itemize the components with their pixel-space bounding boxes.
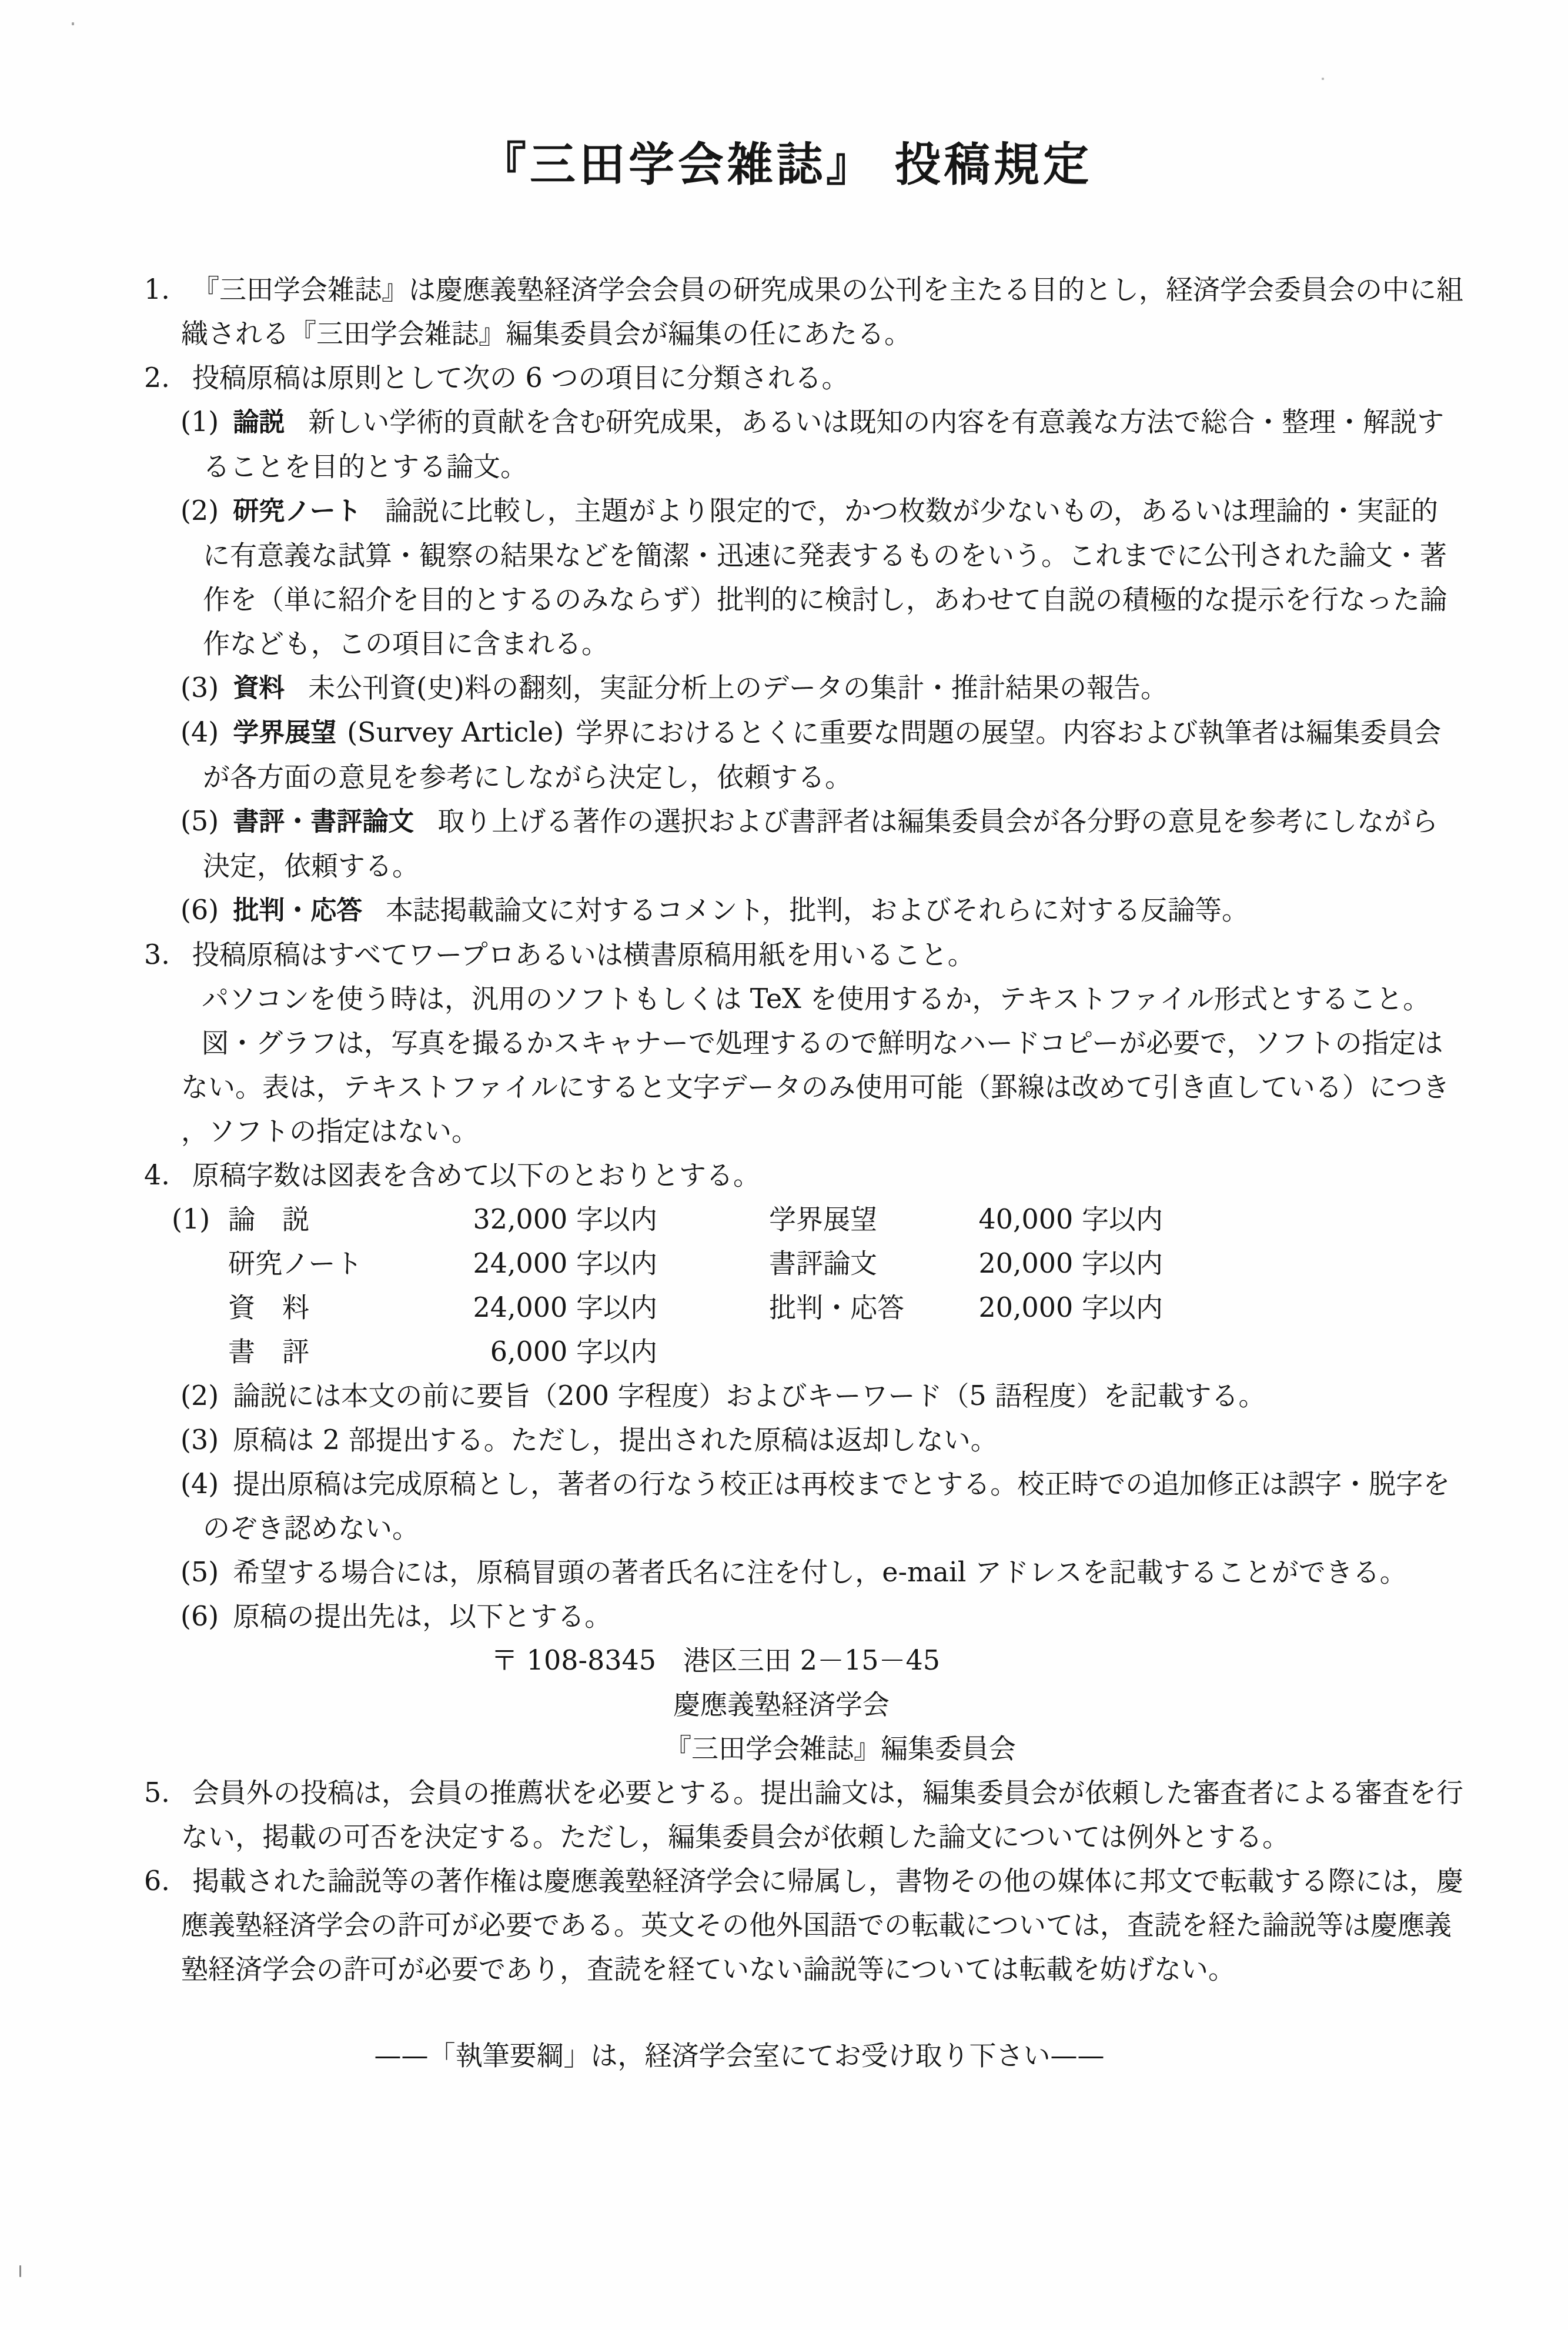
scan-speck bbox=[72, 22, 74, 25]
cell-category: 資 料 bbox=[228, 1286, 381, 1330]
item-6-text: 掲載された論説等の著作権は慶應義塾経済学会に帰属し，書物その他の媒体に邦文で転載… bbox=[181, 1865, 1463, 1985]
cell-category: 書 評 bbox=[228, 1330, 381, 1374]
item-2-sub-5: (5)書評・書評論文取り上げる著作の選択および書評者は編集委員会が各分野の意見を… bbox=[180, 799, 1464, 888]
sub-label: 論説 bbox=[233, 408, 285, 438]
item-3-paragraph-2: 図・グラフは，写真を撮るかスキャナーで処理するので鮮明なハードコピーが必要で，ソ… bbox=[144, 1021, 1464, 1153]
item-4-sub-5: (5)希望する場合には，原稿冒頭の著者氏名に注を付し，e-mail アドレスを記… bbox=[180, 1550, 1464, 1594]
manuscript-limits-table: (1) 論 説 32,000 字以内 学界展望 40,000 字以内 研究ノート… bbox=[228, 1197, 1464, 1374]
cell-category bbox=[657, 1330, 904, 1374]
sub-text: 論説に比較し，主題がより限定的で，かつ枚数が少ないもの，あるいは理論的・実証的に… bbox=[203, 495, 1447, 659]
sub-number: (5) bbox=[180, 1556, 219, 1588]
item-2-text: 投稿原稿は原則として次の 6 つの項目に分類される。 bbox=[192, 362, 849, 393]
item-1-number: 1. bbox=[144, 273, 170, 305]
cell-limit bbox=[904, 1330, 1163, 1374]
item-1-text: 『三田学会雑誌』は慶應義塾経済学会会員の研究成果の公刊を主たる目的とし，経済学会… bbox=[181, 273, 1463, 349]
sub-number: (6) bbox=[180, 894, 219, 926]
sub-label: 資料 bbox=[233, 673, 285, 703]
address-line-committee: 『三田学会雑誌』編集委員会 bbox=[664, 1727, 1464, 1771]
item-5-text: 会員外の投稿は，会員の推薦状を必要とする。提出論文は，編集委員会が依頼した審査者… bbox=[181, 1777, 1463, 1852]
item-4-sub-6: (6)原稿の提出先は，以下とする。 bbox=[180, 1594, 1464, 1638]
item-2: 2.投稿原稿は原則として次の 6 つの項目に分類される。 bbox=[144, 356, 1464, 400]
sub-number: (2) bbox=[180, 1380, 219, 1411]
item-6-number: 6. bbox=[144, 1865, 170, 1897]
sub-number: (4) bbox=[180, 716, 219, 748]
item-5-number: 5. bbox=[144, 1777, 170, 1808]
item-4-text: 原稿字数は図表を含めて以下のとおりとする。 bbox=[192, 1159, 760, 1191]
sub-text: 提出原稿は完成原稿とし，著者の行なう校正は再校までとする。校正時での追加修正は誤… bbox=[203, 1468, 1450, 1544]
sub-number: (6) bbox=[180, 1600, 219, 1632]
limits-grid: 論 説 32,000 字以内 学界展望 40,000 字以内 研究ノート 24,… bbox=[228, 1197, 1464, 1374]
cell-category: 論 説 bbox=[228, 1197, 381, 1241]
item-4: 4.原稿字数は図表を含めて以下のとおりとする。 bbox=[144, 1153, 1464, 1197]
item-2-sub-3: (3)資料未公刊資(史)料の翻刻，実証分析上のデータの集計・推計結果の報告。 bbox=[180, 666, 1464, 710]
sub-number: (2) bbox=[180, 495, 219, 526]
cell-limit: 24,000 字以内 bbox=[381, 1241, 657, 1286]
cell-category: 研究ノート bbox=[228, 1241, 381, 1286]
sub-text: 未公刊資(史)料の翻刻，実証分析上のデータの集計・推計結果の報告。 bbox=[308, 672, 1168, 703]
footer-note: ——「執筆要綱」は，経済学会室にてお受け取り下さい—— bbox=[79, 2034, 1399, 2078]
sub-number: (5) bbox=[180, 805, 219, 837]
item-4-sub-2: (2)論説には本文の前に要旨（200 字程度）およびキーワード（5 語程度）を記… bbox=[180, 1374, 1464, 1418]
sub-text: 原稿は 2 部提出する。ただし，提出された原稿は返却しない。 bbox=[233, 1424, 998, 1456]
cell-category: 書評論文 bbox=[657, 1241, 904, 1286]
item-2-sub-2: (2)研究ノート論説に比較し，主題がより限定的で，かつ枚数が少ないもの，あるいは… bbox=[180, 489, 1464, 666]
item-2-sub-6: (6)批判・応答本誌掲載論文に対するコメント，批判，およびそれらに対する反論等。 bbox=[180, 888, 1464, 933]
sub-text: 本誌掲載論文に対するコメント，批判，およびそれらに対する反論等。 bbox=[386, 894, 1249, 926]
sub-number: (1) bbox=[172, 1197, 210, 1241]
item-6: 6.掲載された論説等の著作権は慶應義塾経済学会に帰属し，書物その他の媒体に邦文で… bbox=[144, 1859, 1464, 1991]
sub-number: (3) bbox=[180, 672, 219, 703]
cell-category: 学界展望 bbox=[657, 1197, 904, 1241]
item-3: 3.投稿原稿はすべてワープロあるいは横書原稿用紙を用いること。 bbox=[144, 933, 1464, 977]
sub-text: 新しい学術的貢献を含む研究成果，あるいは既知の内容を有意義な方法で総合・整理・解… bbox=[203, 406, 1444, 482]
item-4-sub-3: (3)原稿は 2 部提出する。ただし，提出された原稿は返却しない。 bbox=[180, 1418, 1464, 1462]
scanned-document-page: 『三田学会雑誌』 投稿規定 1.『三田学会雑誌』は慶應義塾経済学会会員の研究成果… bbox=[0, 0, 1568, 2330]
item-2-sub-4: (4)学界展望(Survey Article)学界におけるとくに重要な問題の展望… bbox=[180, 710, 1464, 799]
item-3-paragraph-1: パソコンを使う時は，汎用のソフトもしくは TeX を使用するか，テキストファイル… bbox=[144, 977, 1464, 1021]
address-line-postal: 〒 108-8345 港区三田 2－15－45 bbox=[491, 1638, 1464, 1683]
sub-text: 希望する場合には，原稿冒頭の著者氏名に注を付し，e-mail アドレスを記載する… bbox=[233, 1556, 1406, 1588]
sub-text: 原稿の提出先は，以下とする。 bbox=[233, 1600, 611, 1632]
item-4-number: 4. bbox=[144, 1159, 170, 1191]
sub-label: 学界展望 bbox=[233, 718, 336, 748]
item-2-number: 2. bbox=[144, 362, 170, 393]
cell-category: 批判・応答 bbox=[657, 1286, 904, 1330]
sub-label: 研究ノート bbox=[233, 496, 362, 526]
submission-address-block: 〒 108-8345 港区三田 2－15－45 慶應義塾経済学会 『三田学会雑誌… bbox=[144, 1638, 1464, 1771]
cell-limit: 40,000 字以内 bbox=[904, 1197, 1163, 1241]
cell-limit: 6,000 字以内 bbox=[381, 1330, 657, 1374]
cell-limit: 24,000 字以内 bbox=[381, 1286, 657, 1330]
sub-number: (3) bbox=[180, 1424, 219, 1456]
item-3-number: 3. bbox=[144, 939, 170, 970]
sub-label: 書評・書評論文 bbox=[233, 807, 414, 837]
item-5: 5.会員外の投稿は，会員の推薦状を必要とする。提出論文は，編集委員会が依頼した審… bbox=[144, 1771, 1464, 1859]
sub-number: (1) bbox=[180, 406, 219, 438]
sub-number: (4) bbox=[180, 1468, 219, 1500]
item-4-sub-4: (4)提出原稿は完成原稿とし，著者の行なう校正は再校までとする。校正時での追加修… bbox=[180, 1462, 1464, 1550]
cell-limit: 20,000 字以内 bbox=[904, 1241, 1163, 1286]
sub-label: 批判・応答 bbox=[233, 896, 362, 926]
page-title: 『三田学会雑誌』 投稿規定 bbox=[126, 0, 1446, 198]
cell-limit: 32,000 字以内 bbox=[381, 1197, 657, 1241]
cell-limit: 20,000 字以内 bbox=[904, 1286, 1163, 1330]
item-2-sub-1: (1)論説新しい学術的貢献を含む研究成果，あるいは既知の内容を有意義な方法で総合… bbox=[180, 400, 1464, 489]
document-content: 『三田学会雑誌』 投稿規定 1.『三田学会雑誌』は慶應義塾経済学会会員の研究成果… bbox=[144, 0, 1464, 2078]
item-3-text: 投稿原稿はすべてワープロあるいは横書原稿用紙を用いること。 bbox=[192, 939, 975, 970]
address-line-society: 慶應義塾経済学会 bbox=[673, 1683, 1464, 1727]
sub-label-suffix: (Survey Article) bbox=[347, 716, 564, 748]
scan-speck bbox=[19, 2265, 21, 2277]
item-1: 1.『三田学会雑誌』は慶應義塾経済学会会員の研究成果の公刊を主たる目的とし，経済… bbox=[144, 268, 1464, 356]
sub-text: 論説には本文の前に要旨（200 字程度）およびキーワード（5 語程度）を記載する… bbox=[233, 1380, 1265, 1411]
